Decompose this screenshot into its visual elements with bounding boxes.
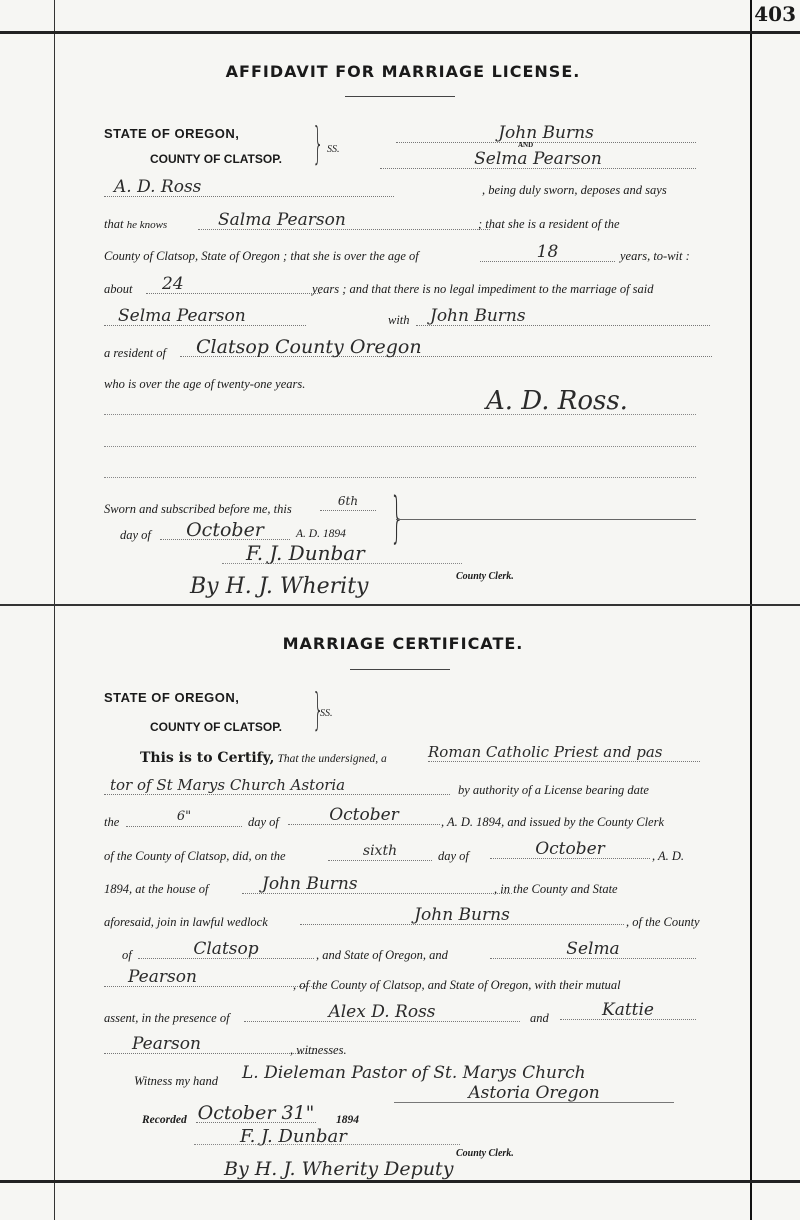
and-label: AND (518, 141, 533, 149)
license-month-field[interactable]: October (288, 806, 440, 825)
impediment-text: years ; and that there is no legal imped… (312, 282, 654, 297)
of-label: of (122, 948, 132, 963)
middle-rule (0, 604, 800, 606)
state-and-text: , and State of Oregon, and (316, 948, 448, 963)
he-knows-word: he knows (127, 219, 168, 231)
sworn-before-text: Sworn and subscribed before me, this (104, 502, 292, 517)
state-label: STATE OF OREGON, (104, 690, 239, 705)
groom-field[interactable]: John Burns (300, 906, 624, 925)
blank-line-3 (104, 477, 696, 478)
certify-line: This is to Certify, That the undersigned… (140, 750, 387, 766)
bottom-rule (0, 1180, 800, 1183)
officiant-signature-line1[interactable]: L. Dieleman Pastor of St. Marys Church (238, 1064, 718, 1082)
that-label: that he knows (104, 217, 167, 232)
ss-label: SS. (327, 144, 340, 155)
witness-hand-label: Witness my hand (134, 1074, 218, 1089)
ad-issued-text: , A. D. 1894, and issued by the County C… (441, 815, 664, 830)
affidavit-title: AFFIDAVIT FOR MARRIAGE LICENSE. (54, 62, 752, 81)
and-label: and (530, 1011, 549, 1026)
about-label: about (104, 282, 132, 297)
house-of-field[interactable]: John Burns (242, 875, 512, 894)
clerk-signature: F. J. Dunbar (246, 541, 365, 565)
license-day-field[interactable]: 6" (126, 808, 242, 827)
the-label: the (104, 815, 119, 830)
blank-line-2 (104, 446, 696, 447)
county-clerk-label: County Clerk. (456, 1148, 514, 1159)
left-margin-line (54, 0, 55, 1220)
year-house-text: 1894, at the house of (104, 882, 209, 897)
recorded-date-field[interactable]: October 31" (196, 1104, 316, 1123)
title-underline (345, 96, 455, 97)
top-rule (0, 31, 800, 34)
age-field[interactable]: 24 (146, 275, 320, 294)
assent-text: assent, in the presence of (104, 1011, 230, 1026)
title-underline (350, 669, 450, 670)
groom-name-field[interactable]: John Burns (396, 124, 696, 143)
groom-county-field[interactable]: Clatsop (138, 940, 314, 959)
witness1-field[interactable]: Alex D. Ross (244, 1003, 520, 1022)
witness2-first-field[interactable]: Kattie (560, 1001, 696, 1020)
undersigned-text: That the undersigned, a (277, 753, 386, 765)
aforesaid-text: aforesaid, join in lawful wedlock (104, 915, 268, 930)
marriage-month-field[interactable]: October (490, 840, 650, 859)
county-state-text: , in the County and State (494, 882, 618, 897)
officiant-line1-field[interactable]: Roman Catholic Priest and pas (428, 743, 700, 762)
resident-of-label: a resident of (104, 346, 166, 361)
county-did-text: of the County of Clatsop, did, on the (104, 849, 286, 864)
ad-label: , A. D. (652, 849, 684, 864)
clerk-line (194, 1144, 460, 1145)
officiant-line2-field[interactable]: tor of St Marys Church Astoria (104, 776, 450, 795)
page-number: 403 (754, 2, 796, 26)
county-state-text: County of Clatsop, State of Oregon ; tha… (104, 249, 419, 264)
certify-label: This is to Certify, (140, 750, 274, 766)
of-county-text: , of the County (626, 915, 700, 930)
bride-first-field[interactable]: Selma (490, 940, 696, 959)
county-label: COUNTY OF CLATSOP. (150, 720, 282, 734)
day-of-label-2: day of (438, 849, 469, 864)
ad-year-text: A. D. 1894 (296, 528, 346, 540)
day-of-label: day of (248, 815, 279, 830)
right-margin-line (750, 0, 752, 1220)
day-of-label: day of (120, 528, 151, 543)
signature-line (396, 519, 696, 520)
brace-icon: } (312, 118, 323, 169)
bride-name-field[interactable]: Selma Pearson (380, 150, 696, 169)
years-towit-text: years, to-wit : (620, 249, 690, 264)
that-word: that (104, 217, 123, 231)
residence-field[interactable]: Clatsop County Oregon (180, 338, 712, 357)
sworn-month-field[interactable]: October (160, 521, 290, 540)
affiant-signature: A. D. Ross. (486, 386, 628, 416)
clerk-line (222, 563, 462, 564)
recorded-label: Recorded (142, 1114, 187, 1126)
with-groom-field[interactable]: John Burns (416, 307, 710, 326)
witnesses-text: , witnesses. (290, 1043, 347, 1058)
bride-last-field[interactable]: Pearson (104, 968, 316, 987)
knows-name-field[interactable]: Salma Pearson (198, 211, 490, 230)
over-21-text: who is over the age of twenty-one years. (104, 377, 305, 392)
certificate-title: MARRIAGE CERTIFICATE. (54, 634, 752, 653)
brace-icon: } (390, 486, 404, 549)
county-label: COUNTY OF CLATSOP. (150, 152, 282, 166)
said-bride-field[interactable]: Selma Pearson (104, 307, 306, 326)
authority-text: by authority of a License bearing date (458, 783, 649, 798)
county-clerk-label: County Clerk. (456, 571, 514, 582)
sworn-day-field[interactable]: 6th (320, 492, 376, 511)
marriage-day-field[interactable]: sixth (328, 842, 432, 861)
witness2-last-field[interactable]: Pearson (104, 1035, 316, 1054)
deputy-signature: By H. J. Wherity Deputy (224, 1158, 453, 1180)
officiant-signature-line2[interactable]: Astoria Oregon (394, 1084, 674, 1103)
recorded-year: 1894 (336, 1114, 359, 1126)
blank-line-1 (104, 414, 696, 415)
state-label: STATE OF OREGON, (104, 126, 239, 141)
resident-text: ; that she is a resident of the (478, 217, 620, 232)
sworn-text: , being duly sworn, deposes and says (482, 183, 667, 198)
with-label: with (388, 313, 410, 328)
bride-county-text: , of the County of Clatsop, and State of… (293, 978, 621, 993)
deputy-signature: By H. J. Wherity (190, 574, 368, 599)
ss-label: SS. (320, 708, 333, 719)
over-age-field[interactable]: 18 (480, 243, 615, 262)
affiant-field[interactable]: A. D. Ross (104, 178, 394, 197)
